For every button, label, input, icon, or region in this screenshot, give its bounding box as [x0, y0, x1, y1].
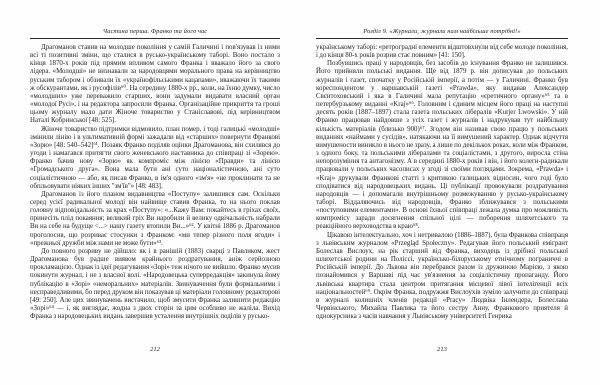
paragraph: Цікавою інтелектуально, хоч і нетривалою…	[316, 232, 568, 322]
paragraph: До повного розриву не дійшло: як і в ран…	[30, 248, 280, 321]
header-rule-right	[316, 38, 568, 39]
paragraph: Драгоманов ставив на молодше покоління у…	[30, 44, 280, 126]
right-page: Розділ 9. «Журнали, журнали нам найбільш…	[316, 28, 568, 321]
paragraph: Жіноче товариство підтримки відмовило, п…	[30, 126, 280, 191]
left-page: Частина перша. Франко та його час Драгом…	[30, 28, 280, 321]
book-spread: Частина перша. Франко та його час Драгом…	[0, 0, 600, 385]
left-page-body: Драгоманов ставив на молодше покоління у…	[30, 44, 280, 321]
page-number-right: 213	[316, 346, 568, 353]
paragraph-continuation: українському таборі: «ретроградні елемен…	[316, 44, 568, 60]
header-rule-left	[30, 38, 280, 39]
running-header-right: Розділ 9. «Журнали, журнали нам найбільш…	[316, 28, 568, 36]
paragraph: Драгоманов із його планом видавництва «П…	[30, 191, 280, 248]
paragraph: Позбувшись праці у народовців, без засоб…	[316, 60, 568, 231]
running-header-left: Частина перша. Франко та його час	[30, 28, 280, 36]
page-number-left: 212	[30, 346, 280, 353]
right-page-body: українському таборі: «ретроградні елемен…	[316, 44, 568, 321]
